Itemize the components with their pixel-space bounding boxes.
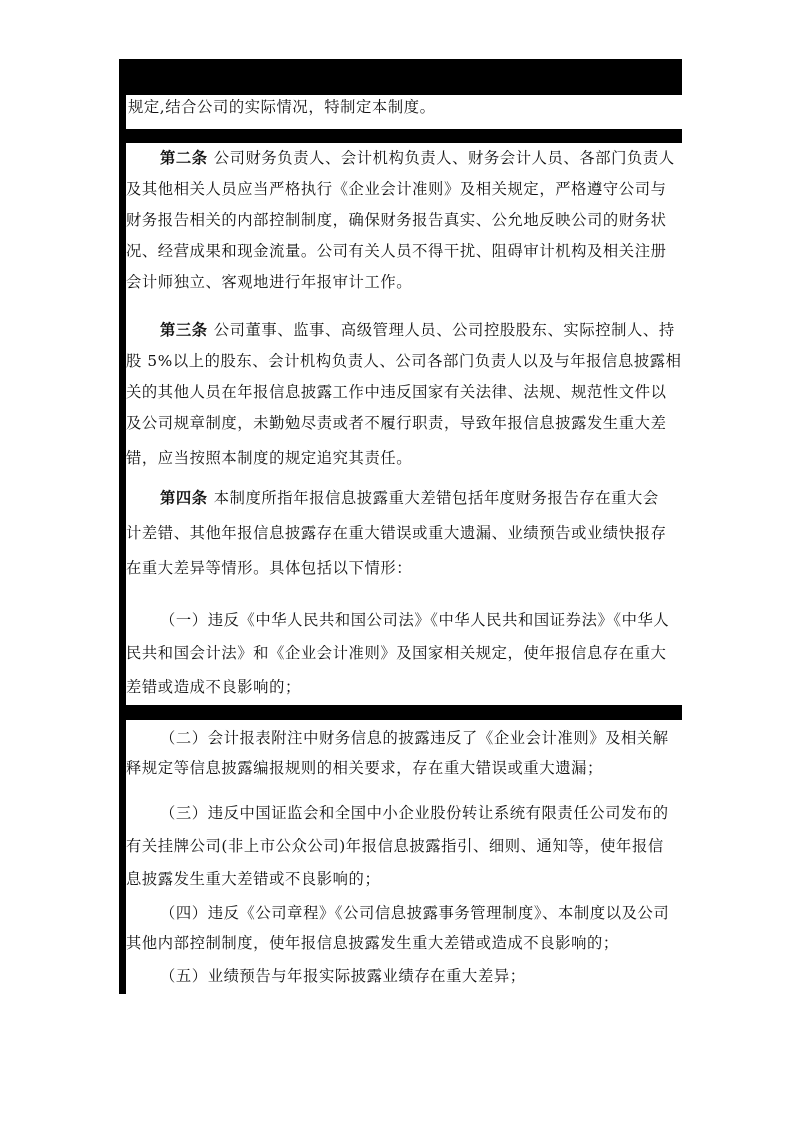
article-line: 第四条本制度所指年报信息披露重大差错包括年度财务报告存在重大会 xyxy=(160,488,716,508)
item-line: 息披露发生重大差错或不良影响的； xyxy=(126,869,682,889)
article-line: 错，应当按照本制度的规定追究其责任。 xyxy=(126,448,682,468)
article-line: 股 5%以上的股东、会计机构负责人、公司各部门负责人以及与年报信息披露相 xyxy=(126,351,682,371)
redaction-band-2 xyxy=(119,705,682,720)
item-line: 其他内部控制制度，使年报信息披露发生重大差错或造成不良影响的； xyxy=(126,933,682,953)
article-line: 会计师独立、客观地进行年报审计工作。 xyxy=(126,272,682,292)
intro-tail-line: 规定,结合公司的实际情况，特制定本制度。 xyxy=(128,97,684,117)
article-line: 在重大差异等情形。具体包括以下情形： xyxy=(126,558,682,578)
item-line: （五）业绩预告与年报实际披露业绩存在重大差异； xyxy=(160,966,716,986)
item-line: （二）会计报表附注中财务信息的披露违反了《企业会计准则》及相关解 xyxy=(160,728,716,748)
item-line: （四）违反《公司章程》《公司信息披露事务管理制度》、本制度以及公司 xyxy=(160,903,716,923)
item-line: 有关挂牌公司(非上市公众公司)年报信息披露指引、细则、通知等，使年报信 xyxy=(126,836,682,856)
redaction-left-bar xyxy=(119,95,126,994)
article-text: 公司财务负责人、会计机构负责人、财务会计人员、各部门负责人 xyxy=(214,149,675,167)
item-line: （一）违反《中华人民共和国公司法》《中华人民共和国证券法》《中华人 xyxy=(160,610,716,630)
article-text: 公司董事、监事、高级管理人员、公司控股股东、实际控制人、持 xyxy=(214,321,675,339)
item-line: 差错或造成不良影响的； xyxy=(126,677,682,697)
redaction-top-block xyxy=(119,59,682,95)
article-line: 计差错、其他年报信息披露存在重大错误或重大遗漏、业绩预告或业绩快报存 xyxy=(126,523,682,543)
item-line: 民共和国会计法》和《企业会计准则》及国家相关规定，使年报信息存在重大 xyxy=(126,643,682,663)
article-heading: 第三条 xyxy=(160,321,208,339)
article-line: 况、经营成果和现金流量。公司有关人员不得干扰、阻碍审计机构及相关注册 xyxy=(126,241,682,261)
redaction-band-1 xyxy=(119,129,682,143)
article-line: 财务报告相关的内部控制制度，确保财务报告真实、公允地反映公司的财务状 xyxy=(126,210,682,230)
article-line: 及公司规章制度，未勤勉尽责或者不履行职责，导致年报信息披露发生重大差 xyxy=(126,413,682,433)
article-line: 及其他相关人员应当严格执行《企业会计准则》及相关规定，严格遵守公司与 xyxy=(126,179,682,199)
article-line: 关的其他人员在年报信息披露工作中违反国家有关法律、法规、规范性文件以 xyxy=(126,382,682,402)
article-heading: 第四条 xyxy=(160,489,208,507)
article-heading: 第二条 xyxy=(160,149,208,167)
item-line: （三）违反中国证监会和全国中小企业股份转让系统有限责任公司发布的 xyxy=(160,803,716,823)
item-line: 释规定等信息披露编报规则的相关要求，存在重大错误或重大遗漏； xyxy=(126,758,682,778)
article-line: 第二条公司财务负责人、会计机构负责人、财务会计人员、各部门负责人 xyxy=(160,148,716,168)
article-line: 第三条公司董事、监事、高级管理人员、公司控股股东、实际控制人、持 xyxy=(160,320,716,340)
article-text: 本制度所指年报信息披露重大差错包括年度财务报告存在重大会 xyxy=(214,489,659,507)
